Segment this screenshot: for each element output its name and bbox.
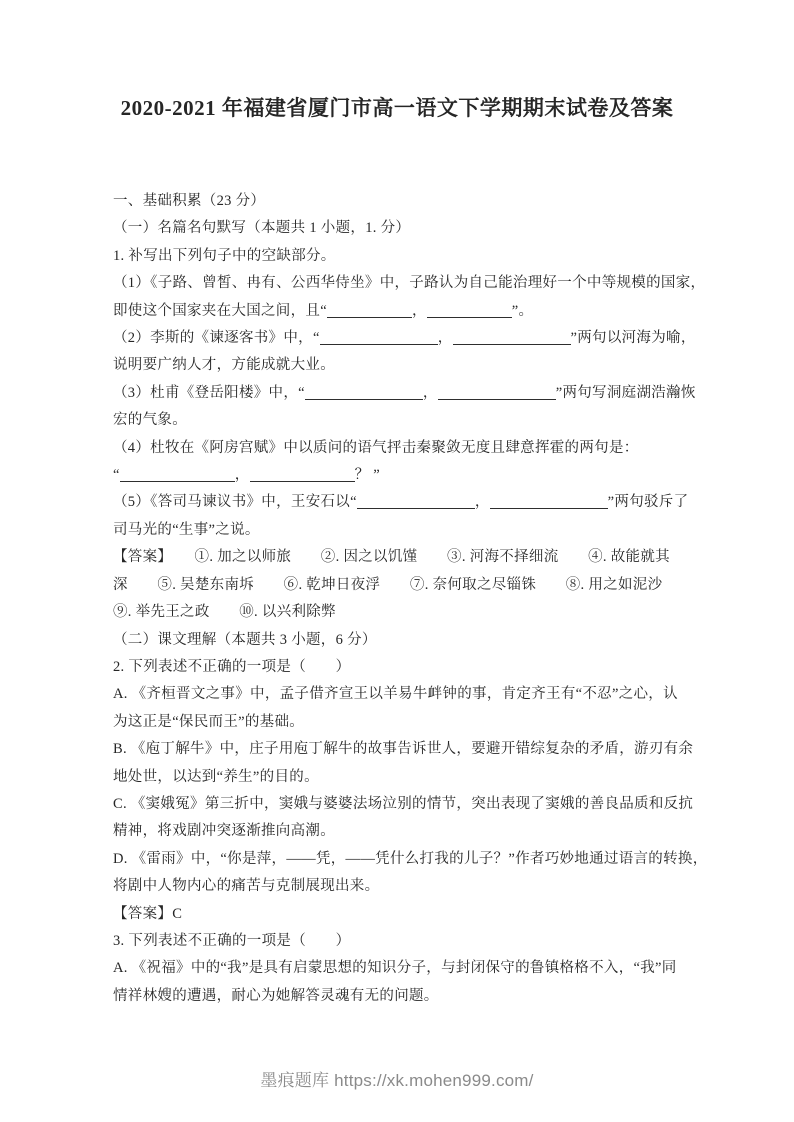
q2-optionB-line1: B. 《庖丁解牛》中，庄子用庖丁解牛的故事告诉世人，要避开错综复杂的矛盾，游刃有… [113, 736, 753, 763]
section-heading-1: 一、基础积累（23 分） [113, 188, 753, 215]
q1-item2-line1: （2）李斯的《谏逐客书》中，“，”两句以河海为喻， [113, 325, 753, 352]
answer-blank [453, 329, 571, 345]
q2-answer: 【答案】C [113, 901, 753, 928]
q2-optionD-line2: 将剧中人物内心的痛苦与克制展现出来。 [113, 873, 753, 900]
answer-blank [120, 466, 235, 482]
q1-answer-line2: 深 ⑤. 吴楚东南坼 ⑥. 乾坤日夜浮 ⑦. 奈何取之尽锱铢 ⑧. 用之如泥沙 [113, 572, 753, 599]
answer-blank [320, 329, 438, 345]
answer-blank [490, 493, 608, 509]
q2-optionC-line2: 精神，将戏剧冲突逐渐推向高潮。 [113, 818, 753, 845]
q1-stem: 1. 补写出下列句子中的空缺部分。 [113, 243, 753, 270]
q2-optionD-line1: D. 《雷雨》中，“你是萍，——凭，——凭什么打我的儿子？”作者巧妙地通过语言的… [113, 846, 753, 873]
q1-item3-line2: 宏的气象。 [113, 407, 753, 434]
q1-item4-line1: （4）杜牧在《阿房宫赋》中以质问的语气抨击秦聚敛无度且肆意挥霍的两句是： [113, 435, 753, 462]
footer-watermark: 墨痕题库 https://xk.mohen999.com/ [0, 1066, 794, 1091]
q2-optionB-line2: 地处世，以达到“养生”的目的。 [113, 764, 753, 791]
q1-item4-line2: “，？ ” [113, 462, 753, 489]
q3-optionA-line2: 情祥林嫂的遭遇，耐心为她解答灵魂有无的问题。 [113, 983, 753, 1010]
answer-blank [250, 466, 355, 482]
q2-optionC-line1: C. 《窦娥冤》第三折中，窦娥与婆婆法场泣别的情节，突出表现了窦娥的善良品质和反… [113, 791, 753, 818]
q1-item1-line1: （1）《子路、曾皙、冉有、公西华侍坐》中，子路认为自己能治理好一个中等规模的国家… [113, 270, 753, 297]
q2-optionA-line2: 为这正是“保民而王”的基础。 [113, 709, 753, 736]
q1-item3-line1: （3）杜甫《登岳阳楼》中，“，”两句写洞庭湖浩瀚恢 [113, 380, 753, 407]
answer-blank [327, 302, 412, 318]
document-body: 一、基础积累（23 分）（一）名篇名句默写（本题共 1 小题，1. 分）1. 补… [113, 188, 753, 1010]
subsection-heading-2: （二）课文理解（本题共 3 小题，6 分） [113, 627, 753, 654]
exam-document-page: 2020-2021 年福建省厦门市高一语文下学期期末试卷及答案 一、基础积累（2… [0, 0, 794, 1122]
q2-stem: 2. 下列表述不正确的一项是（ ） [113, 654, 753, 681]
q3-optionA-line1: A. 《祝福》中的“我”是具有启蒙思想的知识分子，与封闭保守的鲁镇格格不入，“我… [113, 955, 753, 982]
q1-item2-line2: 说明要广纳人才，方能成就大业。 [113, 352, 753, 379]
answer-blank [305, 384, 423, 400]
answer-blank [427, 302, 512, 318]
q1-answer-line1: 【答案】 ①. 加之以师旅 ②. 因之以饥馑 ③. 河海不择细流 ④. 故能就其 [113, 544, 753, 571]
q1-item5-line1: （5）《答司马谏议书》中，王安石以“，”两句驳斥了 [113, 489, 753, 516]
answer-blank [357, 493, 475, 509]
q1-item1-line2: 即使这个国家夹在大国之间，且“，”。 [113, 298, 753, 325]
subsection-heading-1: （一）名篇名句默写（本题共 1 小题，1. 分） [113, 215, 753, 242]
answer-blank [438, 384, 556, 400]
q1-item5-line2: 司马光的“生事”之说。 [113, 517, 753, 544]
q1-answer-line3: ⑨. 举先王之政 ⑩. 以兴利除弊 [113, 599, 753, 626]
document-title: 2020-2021 年福建省厦门市高一语文下学期期末试卷及答案 [57, 92, 737, 122]
q3-stem: 3. 下列表述不正确的一项是（ ） [113, 928, 753, 955]
q2-optionA-line1: A. 《齐桓晋文之事》中，孟子借齐宣王以羊易牛衅钟的事，肯定齐王有“不忍”之心，… [113, 681, 753, 708]
